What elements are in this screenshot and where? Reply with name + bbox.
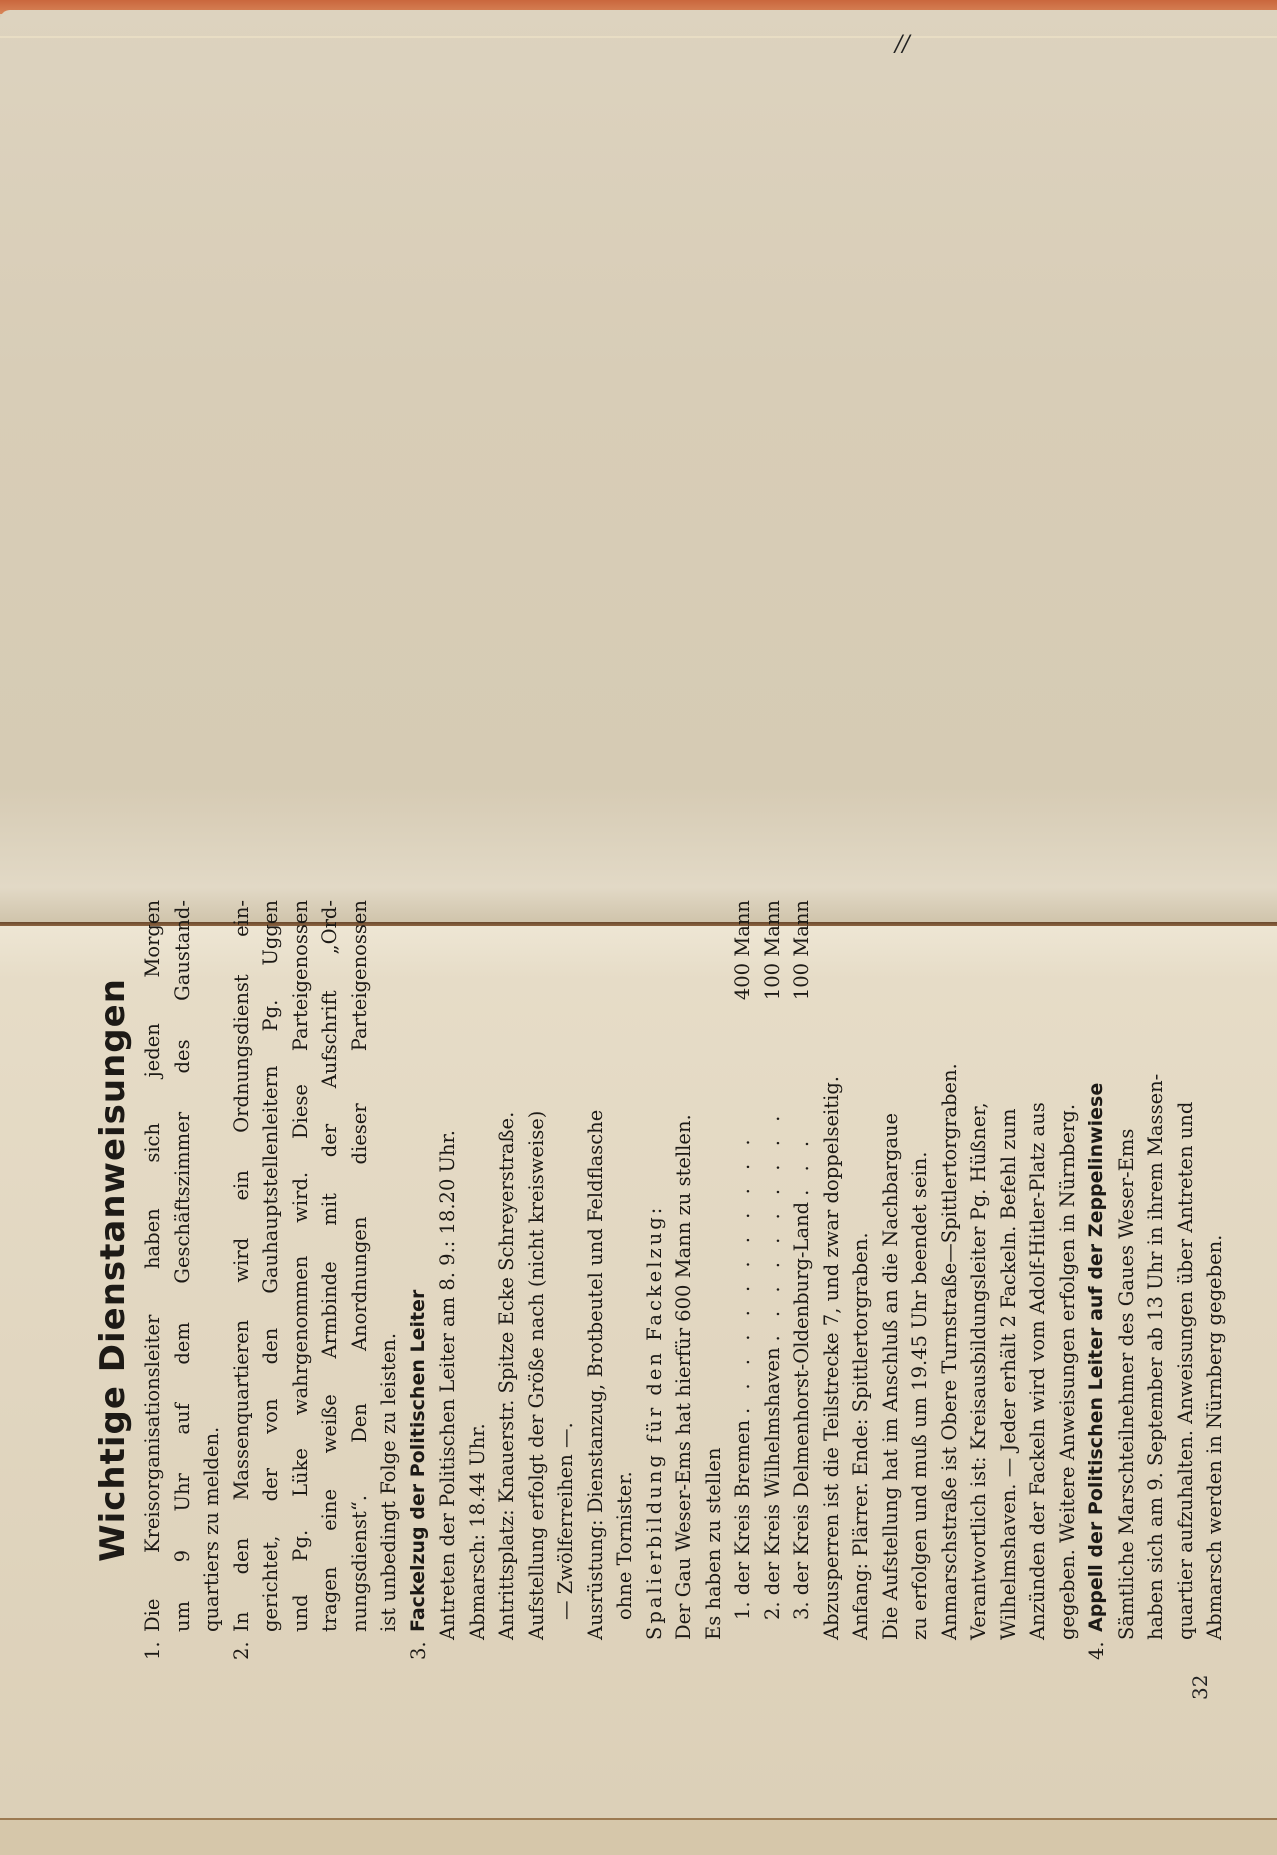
text-line: Ausrüstung: Dienstanzug, Brotbeutel und … — [581, 900, 611, 1640]
text-line: gerichtet, der von den Gauhauptstellenle… — [256, 900, 286, 1632]
text-line: gegeben. Weitere Anweisungen erfolgen in… — [1053, 900, 1083, 1640]
text-line: haben sich am 9. September ab 13 Uhr in … — [1141, 900, 1171, 1640]
quota-row: 1. der Kreis Bremen . . . . . . . . . . … — [728, 900, 758, 1640]
text-line: ist unbedingt Folge zu leisten. — [374, 900, 404, 1632]
text-line: Es haben zu stellen — [699, 900, 729, 1640]
text-line: Aufstellung erfolgt der Größe nach (nich… — [522, 900, 552, 1640]
instruction-2: 2. In den Massenquartieren wird ein Ordn… — [227, 900, 404, 1660]
text-line: Der Gau Weser-Ems hat hierfür 600 Mann z… — [669, 900, 699, 1640]
leader-dots: . . . . . . . . . . . . — [728, 1006, 758, 1414]
instruction-3-body: Antreten der Politischen Leiter am 8. 9.… — [433, 900, 1082, 1660]
quota-row: 3. der Kreis Delmenhorst-Oldenburg-Land … — [787, 900, 817, 1640]
text-line: Wilhelmshaven. — Jeder erhält 2 Fackeln.… — [994, 900, 1024, 1640]
quota-value: 400 Mann — [728, 900, 758, 1000]
instruction-number: 4. — [1082, 1632, 1112, 1660]
leader-dots: . . . . . . . . . . — [758, 1006, 788, 1341]
underlying-page — [0, 1820, 1277, 1855]
text-line: Verantwortlich ist: Kreisausbildungsleit… — [964, 900, 994, 1640]
text-line: quartier aufzuhalten. Anweisungen über A… — [1171, 900, 1201, 1640]
text-line: Die Aufstellung hat im Anschluß an die N… — [876, 900, 906, 1640]
section-heading: Appell der Politischen Leiter auf der Ze… — [1082, 900, 1112, 1632]
text-line: ohne Tornister. — [610, 900, 640, 1640]
page-number: 32 — [1188, 1675, 1212, 1700]
quota-value: 100 Mann — [787, 900, 817, 1000]
text-line: Abzusperren ist die Teilstrecke 7, und z… — [817, 900, 847, 1640]
instruction-number: 1. — [138, 1632, 227, 1660]
text-line: Abmarsch werden in Nürnberg gegeben. — [1200, 900, 1230, 1640]
text-line: nungsdienst“. Den Anordnungen dieser Par… — [345, 900, 375, 1632]
instruction-1: 1. Die Kreisorganisationsleiter haben si… — [138, 900, 227, 1660]
text-line: Anmarschstraße ist Obere Turnstraße—Spit… — [935, 900, 965, 1640]
text-line: In den Massenquartieren wird ein Ordnung… — [227, 900, 257, 1632]
text-line: Abmarsch: 18.44 Uhr. — [463, 900, 493, 1640]
text-line: um 9 Uhr auf dem Geschäftszimmer des Gau… — [168, 900, 198, 1632]
text-line: und Pg. Lüke wahrgenommen wird. Diese Pa… — [286, 900, 316, 1632]
page-text-rotated: Wichtige Dienstanweisungen 1. Die Kreiso… — [90, 900, 1230, 1660]
page-crease — [0, 36, 1277, 38]
quota-value: 100 Mann — [758, 900, 788, 1000]
text-line: Anzünden der Fackeln wird vom Adolf-Hitl… — [1023, 900, 1053, 1640]
text-line: Antreten der Politischen Leiter am 8. 9.… — [433, 900, 463, 1640]
page-title: Wichtige Dienstanweisungen — [90, 900, 136, 1660]
leader-dots: . . . — [787, 1006, 817, 1196]
text-line: tragen eine weiße Armbinde mit der Aufsc… — [315, 900, 345, 1632]
text-line: quartiers zu melden. — [197, 900, 227, 1632]
text-line: Antrittsplatz: Knauerstr. Spitze Ecke Sc… — [492, 900, 522, 1640]
text-line: Anfang: Plärrer. Ende: Spittlertorgraben… — [846, 900, 876, 1640]
text-line: zu erfolgen und muß um 19.45 Uhr beendet… — [905, 900, 935, 1640]
margin-mark: // — [895, 32, 910, 57]
instruction-4-body: Sämtliche Marschteilnehmer des Gaues Wes… — [1112, 900, 1230, 1660]
quota-label: 1. der Kreis Bremen — [728, 1420, 758, 1620]
quota-row: 2. der Kreis Wilhelmshaven . . . . . . .… — [758, 900, 788, 1640]
text-line: — Zwölferreihen —. — [551, 900, 581, 1640]
quota-label: 2. der Kreis Wilhelmshaven — [758, 1347, 788, 1620]
blank-facing-page: // — [0, 10, 1277, 924]
instruction-number: 2. — [227, 1632, 404, 1660]
instruction-number: 3. — [404, 1632, 434, 1660]
text-line: Sämtliche Marschteilnehmer des Gaues Wes… — [1112, 900, 1142, 1640]
text-line: Spalierbildung für den Fackelzug: — [640, 900, 670, 1640]
text-line: Die Kreisorganisationsleiter haben sich … — [138, 900, 168, 1632]
quota-label: 3. der Kreis Delmenhorst-Oldenburg-Land — [787, 1202, 817, 1620]
section-heading: Fackelzug der Politischen Leiter — [404, 900, 434, 1632]
instruction-4: 4. Appell der Politischen Leiter auf der… — [1082, 900, 1112, 1660]
instruction-3: 3. Fackelzug der Politischen Leiter — [404, 900, 434, 1660]
